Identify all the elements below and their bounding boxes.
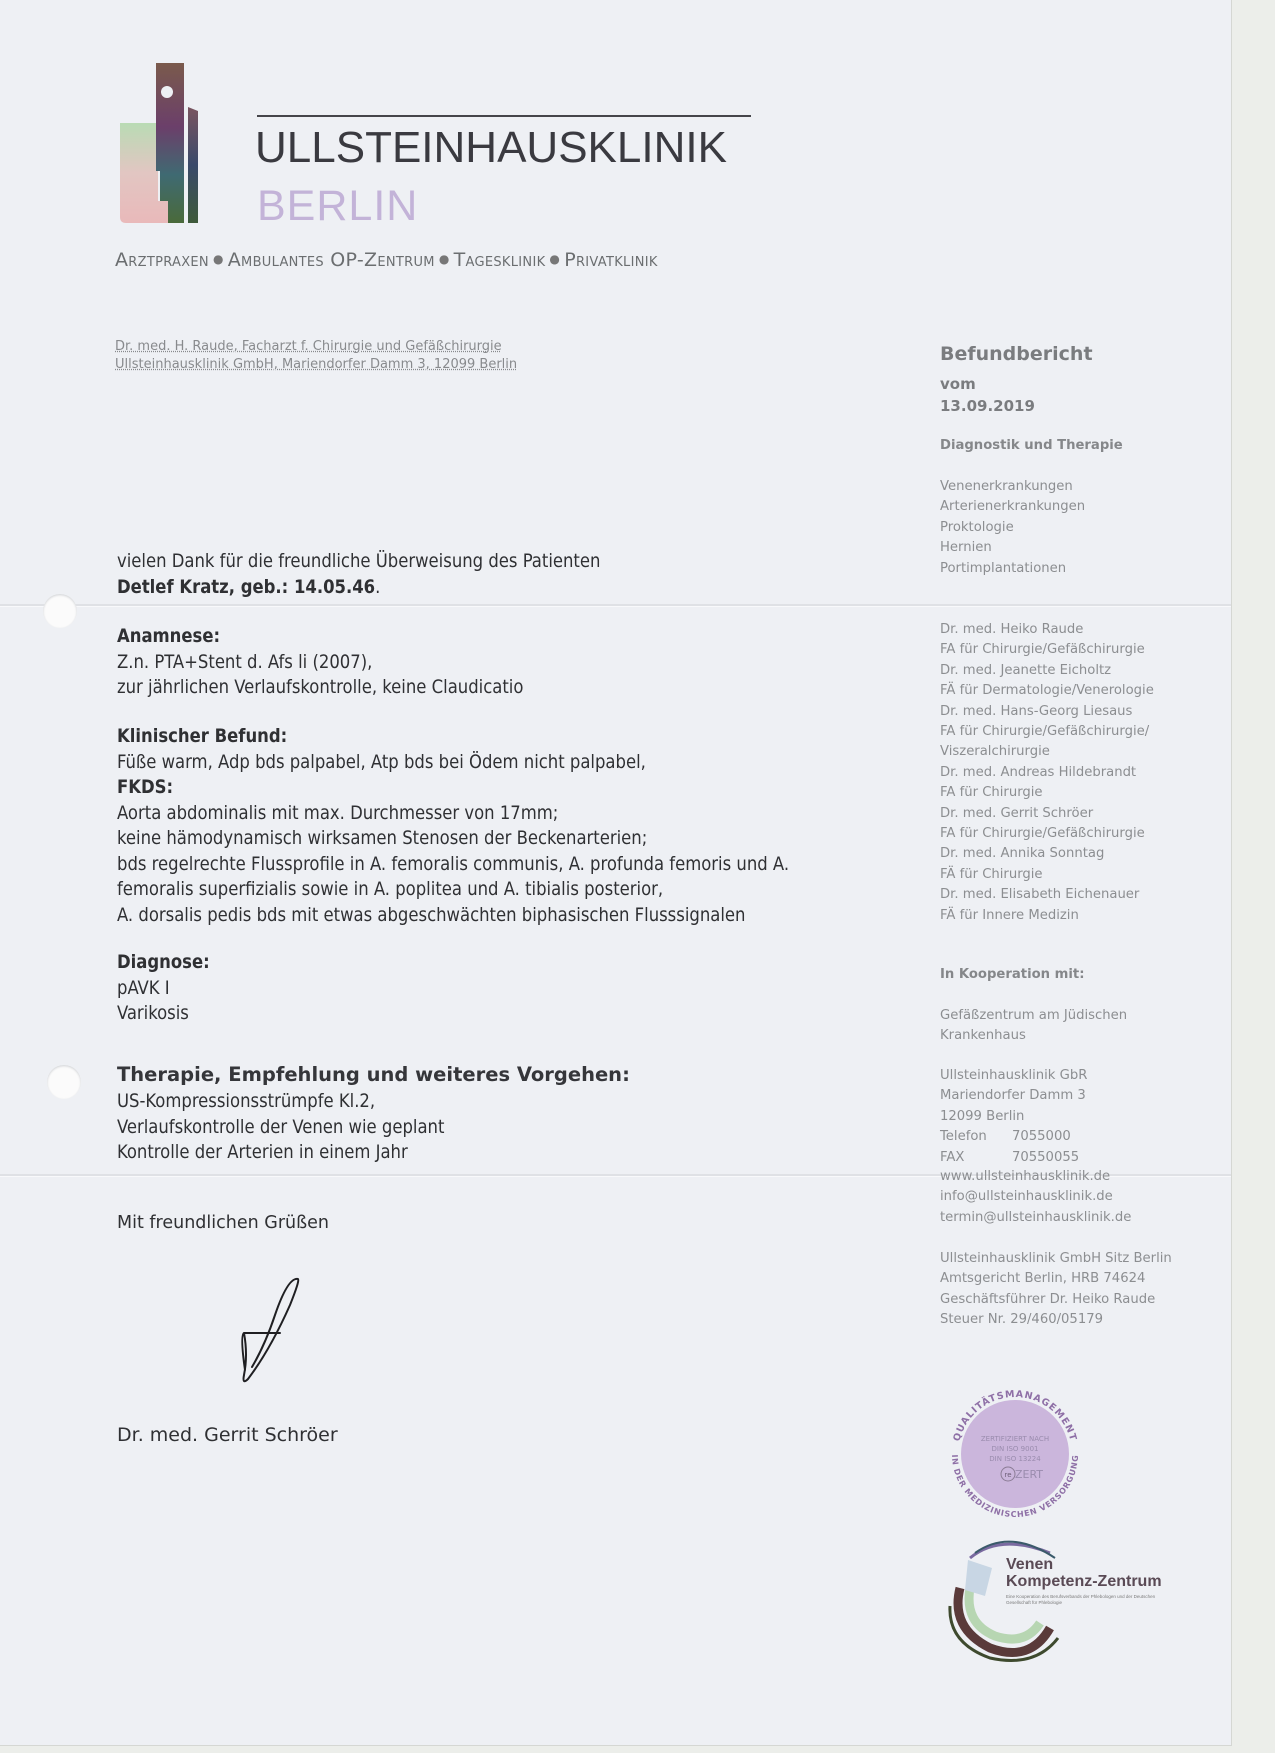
anamnese-line: Z.n. PTA+Stent d. Afs li (2007), [117, 650, 523, 676]
fkds-line: femoralis superfizialis sowie in A. popl… [117, 877, 789, 903]
signer-name: Dr. med. Gerrit Schröer [117, 1424, 338, 1446]
phone-number: 7055000 [1012, 1129, 1071, 1144]
phone-row: Telefon7055000 [940, 1127, 1087, 1147]
legal-line: Steuer Nr. 29/460/05179 [940, 1310, 1172, 1330]
clinic-city: BERLIN [257, 185, 418, 228]
doctor-line: FÄ für Dermatologie/Venerologie [940, 681, 1154, 701]
fax-row: FAX70550055 [940, 1148, 1087, 1168]
document-date-label: vom [940, 377, 976, 392]
email-info-link[interactable]: info@ullsteinhausklinik.de [940, 1187, 1131, 1207]
tagline-item: Tagesklinik [454, 249, 546, 271]
doctor-line: Viszeralchirurgie [940, 742, 1154, 762]
therapie-section: US-Kompressionsstrümpfe Kl.2, Verlaufsko… [117, 1089, 444, 1166]
doctor-line: FA für Chirurgie/Gefäßchirurgie [940, 640, 1154, 660]
intro-text: vielen Dank für die freundliche Überweis… [117, 549, 600, 575]
therapie-line: Kontrolle der Arterien in einem Jahr [117, 1140, 444, 1166]
doctor-line: FÄ für Innere Medizin [940, 906, 1154, 926]
cooperation-line: Krankenhaus [940, 1026, 1127, 1046]
svg-text:re: re [1004, 1471, 1011, 1479]
service-item: Venenerkrankungen [940, 477, 1085, 497]
building-logo-icon [118, 61, 238, 229]
logo-rule [257, 115, 751, 117]
legal-line: Geschäftsführer Dr. Heiko Raude [940, 1290, 1172, 1310]
punch-hole [47, 1065, 81, 1099]
tagline-item: Arztpraxen [115, 249, 209, 271]
doctor-line: Dr. med. Elisabeth Eichenauer [940, 885, 1154, 905]
service-item: Hernien [940, 538, 1085, 558]
clinic-address: Ullsteinhausklinik GbR Mariendorfer Damm… [940, 1066, 1087, 1168]
legal-line: Ullsteinhausklinik GmbH Sitz Berlin [940, 1249, 1172, 1269]
bullet-icon: ● [549, 252, 560, 266]
phone-label: Telefon [940, 1127, 1012, 1147]
letter-intro: vielen Dank für die freundliche Überweis… [117, 549, 600, 600]
legal-info: Ullsteinhausklinik GmbH Sitz Berlin Amts… [940, 1249, 1172, 1331]
doctor-line: Dr. med. Gerrit Schröer [940, 804, 1154, 824]
venen-subtitle: Kompetenz-Zentrum [1006, 1574, 1162, 1590]
address-city: 12099 Berlin [940, 1107, 1087, 1127]
doctor-line: FA für Chirurgie/Gefäßchirurgie/ [940, 722, 1154, 742]
doctor-line: Dr. med. Andreas Hildebrandt [940, 763, 1154, 783]
fkds-line: bds regelrechte Flussprofile in A. femor… [117, 852, 789, 878]
cooperation-heading: In Kooperation mit: [940, 968, 1084, 981]
diagnose-section: Diagnose: pAVK I Varikosis [117, 950, 210, 1027]
fkds-line: keine hämodynamisch wirksamen Stenosen d… [117, 826, 789, 852]
svg-text:DIN ISO 9001: DIN ISO 9001 [992, 1445, 1039, 1453]
anamnese-line: zur jährlichen Verlaufskontrolle, keine … [117, 675, 523, 701]
diagnose-line: Varikosis [117, 1001, 210, 1027]
befund-section: Klinischer Befund: Füße warm, Adp bds pa… [117, 724, 789, 928]
anamnese-section: Anamnese: Z.n. PTA+Stent d. Afs li (2007… [117, 624, 523, 701]
tagline-item: Privatklinik [564, 249, 658, 271]
sender-line: Dr. med. H. Raude, Facharzt f. Chirurgie… [115, 338, 517, 356]
doctors-list: Dr. med. Heiko Raude FA für Chirurgie/Ge… [940, 620, 1154, 926]
website-link[interactable]: www.ullsteinhausklinik.de [940, 1167, 1131, 1187]
address-name: Ullsteinhausklinik GbR [940, 1066, 1087, 1086]
sender-line: Ullsteinhausklinik GmbH, Mariendorfer Da… [115, 356, 517, 374]
fax-label: FAX [940, 1148, 1012, 1168]
legal-line: Amtsgericht Berlin, HRB 74624 [940, 1269, 1172, 1289]
befund-line: Füße warm, Adp bds palpabel, Atp bds bei… [117, 750, 789, 776]
doctor-line: FA für Chirurgie [940, 783, 1154, 803]
patient-name: Detlef Kratz, geb.: 14.05.46 [117, 577, 375, 598]
diagnose-heading: Diagnose: [117, 950, 210, 976]
anamnese-heading: Anamnese: [117, 624, 523, 650]
venen-title: Venen [1006, 1557, 1053, 1573]
doctor-line: Dr. med. Jeanette Eicholtz [940, 661, 1154, 681]
service-item: Arterienerkrankungen [940, 497, 1085, 517]
clinic-tagline: Arztpraxen●Ambulantes OP-Zentrum●Tageskl… [115, 249, 658, 271]
bullet-icon: ● [439, 252, 450, 266]
svg-text:DIN ISO 13224: DIN ISO 13224 [989, 1455, 1041, 1463]
email-termin-link[interactable]: termin@ullsteinhausklinik.de [940, 1208, 1131, 1228]
doctor-line: Dr. med. Annika Sonntag [940, 844, 1154, 864]
cooperation-partner: Gefäßzentrum am Jüdischen Krankenhaus [940, 1006, 1127, 1047]
therapie-heading: Therapie, Empfehlung und weiteres Vorgeh… [117, 1063, 630, 1086]
document-title: Befundbericht [940, 345, 1093, 364]
fkds-line: Aorta abdominalis mit max. Durchmesser v… [117, 801, 789, 827]
fkds-heading: FKDS: [117, 775, 789, 801]
fkds-line: A. dorsalis pedis bds mit etwas abgeschw… [117, 903, 789, 929]
therapie-line: US-Kompressionsstrümpfe Kl.2, [117, 1089, 444, 1115]
venen-note: Eine Kooperation des Berufsverbands der … [1006, 1594, 1166, 1606]
diagnose-line: pAVK I [117, 976, 210, 1002]
therapie-line: Verlaufskontrolle der Venen wie geplant [117, 1115, 444, 1141]
clinic-name: ULLSTEINHAUSKLINIK [255, 126, 727, 170]
svg-text:ZERT: ZERT [1015, 1468, 1043, 1481]
fax-number: 70550055 [1012, 1150, 1079, 1165]
tagline-item: Ambulantes OP-Zentrum [228, 249, 435, 271]
venen-kompetenz-seal: Venen Kompetenz-Zentrum Eine Kooperation… [940, 1528, 1170, 1663]
punch-hole [43, 594, 77, 628]
services-list: Venenerkrankungen Arterienerkrankungen P… [940, 477, 1085, 579]
services-heading: Diagnostik und Therapie [940, 439, 1123, 452]
svg-text:ZERTIFIZIERT NACH: ZERTIFIZIERT NACH [981, 1435, 1049, 1443]
bullet-icon: ● [213, 252, 224, 266]
patient-suffix: . [375, 577, 380, 598]
befund-heading: Klinischer Befund: [117, 724, 789, 750]
sender-return-address: Dr. med. H. Raude, Facharzt f. Chirurgie… [115, 338, 517, 374]
doctor-line: FA für Chirurgie/Gefäßchirurgie [940, 824, 1154, 844]
closing-greeting: Mit freundlichen Grüßen [117, 1213, 329, 1233]
cooperation-line: Gefäßzentrum am Jüdischen [940, 1006, 1127, 1026]
doctor-line: Dr. med. Heiko Raude [940, 620, 1154, 640]
address-street: Mariendorfer Damm 3 [940, 1086, 1087, 1106]
service-item: Portimplantationen [940, 559, 1085, 579]
letter-page: ULLSTEINHAUSKLINIK BERLIN Arztpraxen●Amb… [0, 0, 1232, 1746]
service-item: Proktologie [940, 518, 1085, 538]
quality-certificate-seal-icon: QUALITÄTSMANAGEMENT IN DER MEDIZINISCHEN… [936, 1375, 1094, 1533]
web-contacts: www.ullsteinhausklinik.de info@ullsteinh… [940, 1167, 1131, 1228]
paper-fold [0, 604, 1231, 606]
document-date: 13.09.2019 [940, 399, 1035, 414]
doctor-line: FÄ für Chirurgie [940, 865, 1154, 885]
doctor-line: Dr. med. Hans-Georg Liesaus [940, 702, 1154, 722]
signature [230, 1275, 320, 1395]
